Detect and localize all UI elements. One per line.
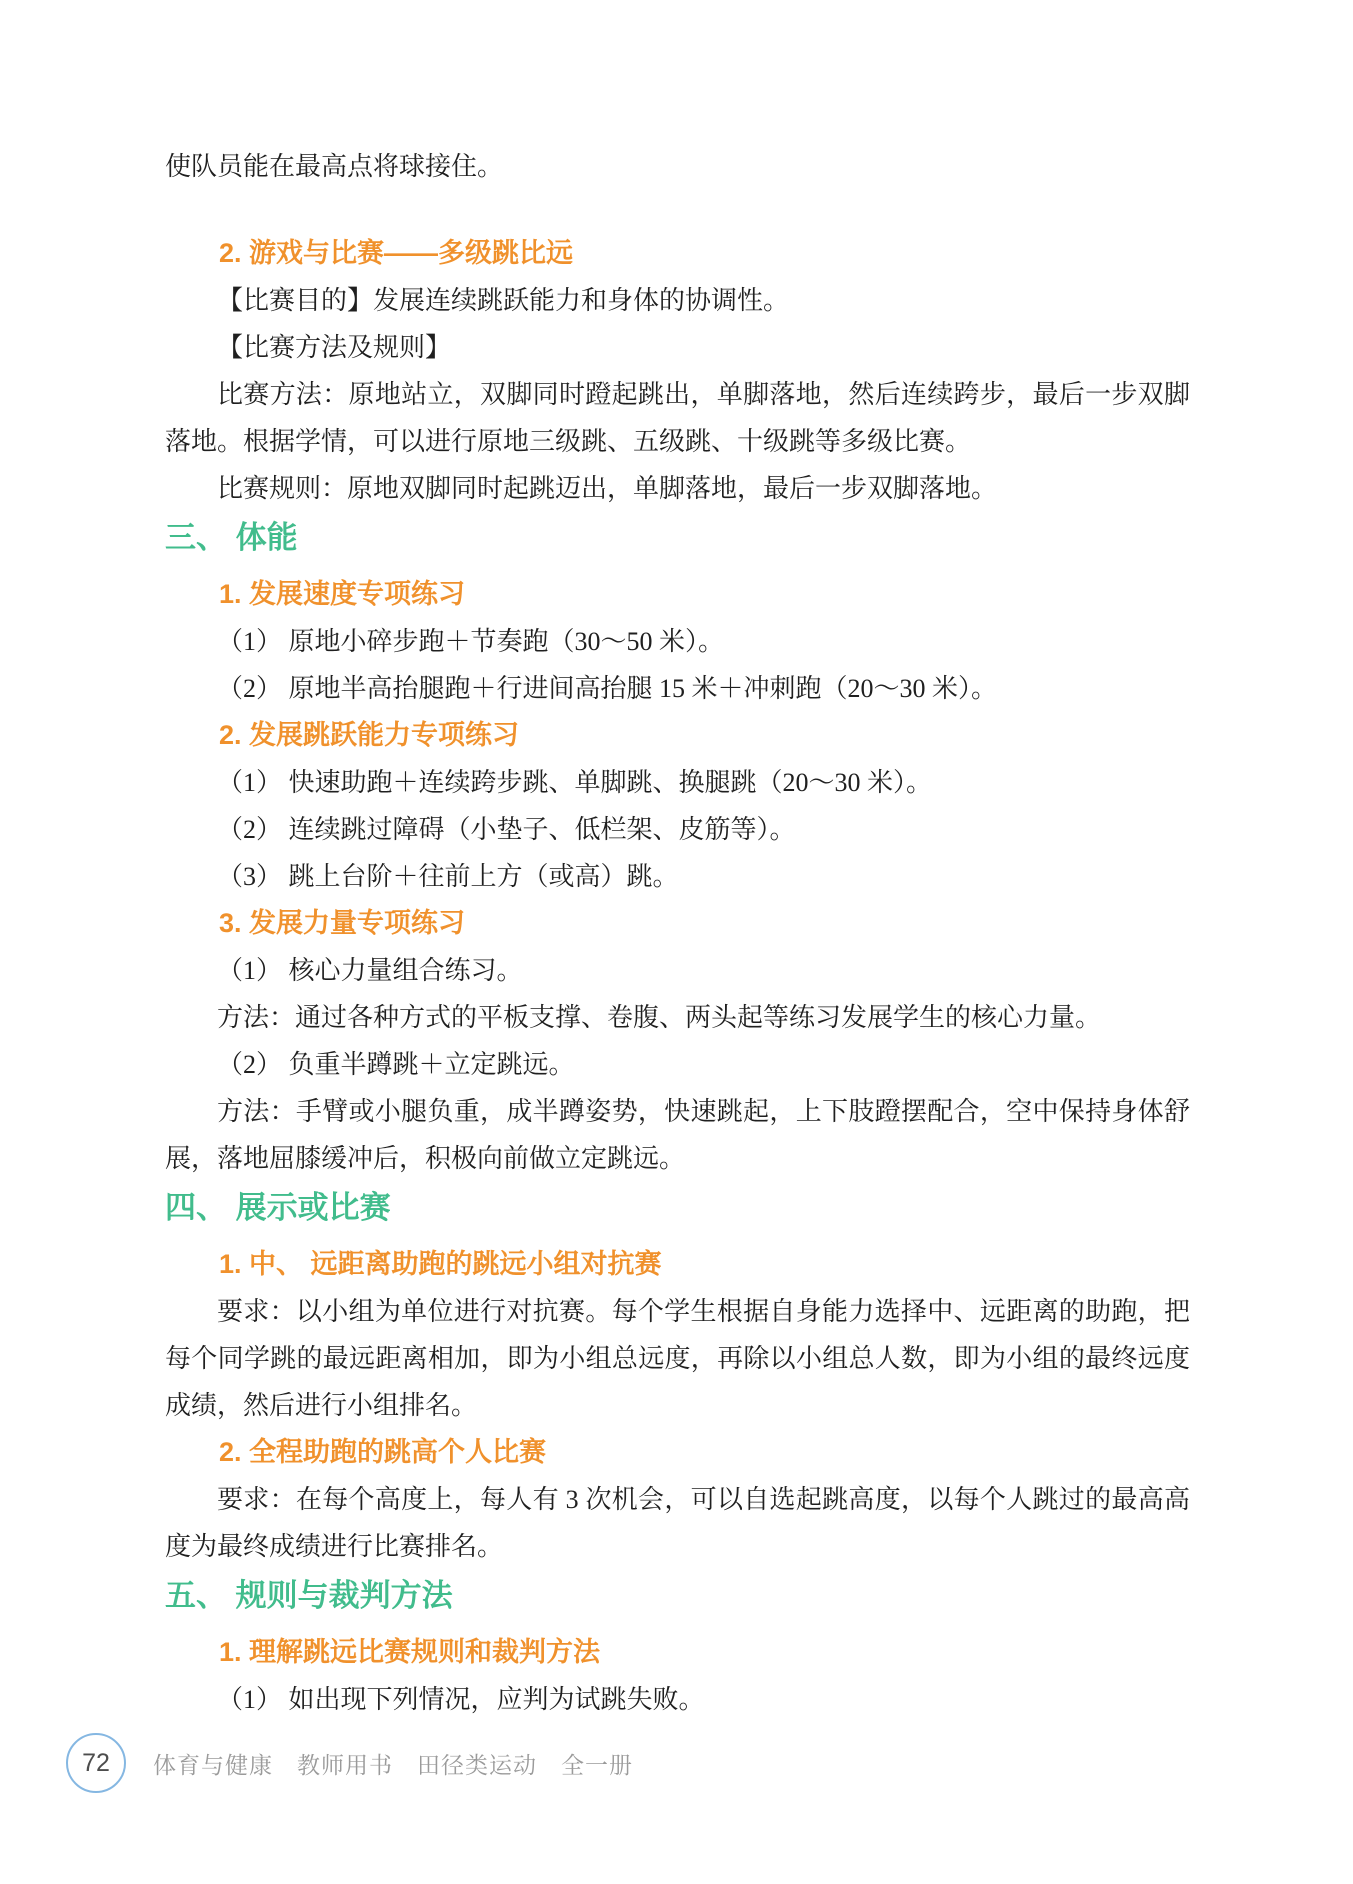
paragraph: 比赛规则：原地双脚同时起跳迈出，单脚落地，最后一步双脚落地。 — [165, 465, 1190, 512]
paragraph: （1） 快速助跑＋连续跨步跳、单脚跳、换腿跳（20～30 米）。 — [165, 759, 1190, 806]
subsection-heading: 1. 发展速度专项练习 — [165, 571, 1190, 618]
page-footer: 72 体育与健康 教师用书 田径类运动 全一册 — [66, 1733, 633, 1793]
paragraph: （2） 连续跳过障碍（小垫子、低栏架、皮筋等）。 — [165, 806, 1190, 853]
paragraph: 比赛方法：原地站立，双脚同时蹬起跳出，单脚落地，然后连续跨步，最后一步双脚落地。… — [165, 371, 1190, 465]
paragraph: 【比赛目的】发展连续跳跃能力和身体的协调性。 — [165, 277, 1190, 324]
page-number-badge: 72 — [66, 1733, 126, 1793]
paragraph: （1） 核心力量组合练习。 — [165, 947, 1190, 994]
paragraph: （2） 原地半高抬腿跑＋行进间高抬腿 15 米＋冲刺跑（20～30 米）。 — [165, 665, 1190, 712]
subsection-heading: 2. 发展跳跃能力专项练习 — [165, 712, 1190, 759]
subsection-heading: 3. 发展力量专项练习 — [165, 900, 1190, 947]
subsection-heading: 2. 游戏与比赛——多级跳比远 — [165, 230, 1190, 277]
page-content: 使队员能在最高点将球接住。 2. 游戏与比赛——多级跳比远 【比赛目的】发展连续… — [165, 143, 1190, 1723]
section-heading: 三、 体能 — [165, 514, 1190, 561]
subsection-heading: 1. 中、 远距离助跑的跳远小组对抗赛 — [165, 1241, 1190, 1288]
paragraph: （2） 负重半蹲跳＋立定跳远。 — [165, 1041, 1190, 1088]
paragraph: 使队员能在最高点将球接住。 — [165, 143, 1190, 190]
section-heading: 四、 展示或比赛 — [165, 1184, 1190, 1231]
page-number: 72 — [82, 1749, 110, 1778]
paragraph: （1） 原地小碎步跑＋节奏跑（30～50 米）。 — [165, 618, 1190, 665]
subsection-heading: 2. 全程助跑的跳高个人比赛 — [165, 1429, 1190, 1476]
footer-book-title: 体育与健康 教师用书 田径类运动 全一册 — [153, 1747, 633, 1780]
section-heading: 五、 规则与裁判方法 — [165, 1572, 1190, 1619]
paragraph: 要求：以小组为单位进行对抗赛。每个学生根据自身能力选择中、远距离的助跑，把每个同… — [165, 1288, 1190, 1429]
subsection-heading: 1. 理解跳远比赛规则和裁判方法 — [165, 1629, 1190, 1676]
paragraph: 要求：在每个高度上，每人有 3 次机会，可以自选起跳高度，以每个人跳过的最高高度… — [165, 1476, 1190, 1570]
paragraph: （3） 跳上台阶＋往前上方（或高）跳。 — [165, 853, 1190, 900]
paragraph: 方法：通过各种方式的平板支撑、卷腹、两头起等练习发展学生的核心力量。 — [165, 994, 1190, 1041]
textbook-page: { "colors": { "section_green": "#41BC8C"… — [0, 0, 1353, 1884]
paragraph: 方法：手臂或小腿负重，成半蹲姿势，快速跳起，上下肢蹬摆配合，空中保持身体舒展，落… — [165, 1088, 1190, 1182]
paragraph: （1） 如出现下列情况，应判为试跳失败。 — [165, 1676, 1190, 1723]
paragraph: 【比赛方法及规则】 — [165, 324, 1190, 371]
